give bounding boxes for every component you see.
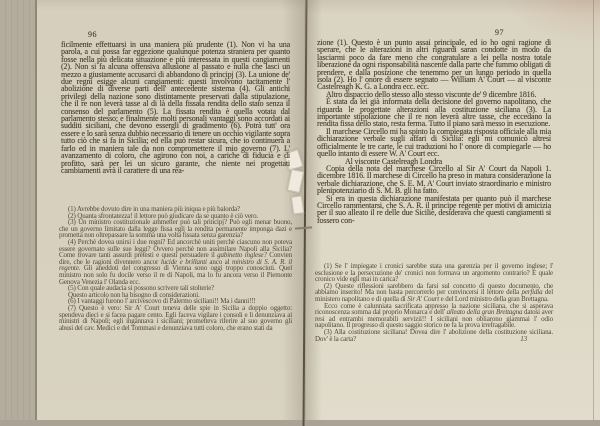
footnote: (4) Perchè dovea unirsi i due regni? Ed …: [59, 239, 292, 285]
page-number-left: 96: [88, 30, 97, 39]
paper-scrap: [291, 195, 304, 214]
left-page-footnotes: (1) Avrebbe dovuto dire in una maniera p…: [59, 206, 292, 331]
text-segment: . Gli aneddoti del congresso di Vienna s…: [59, 264, 292, 285]
page-number-right: 97: [495, 28, 504, 37]
letter-paragraph: zione (1). Questo è un punto assai princ…: [317, 39, 551, 91]
letter-paragraph: Si era in questa dichiarazione manifesta…: [317, 195, 551, 225]
letter-paragraph: Il marchese Circello mi ha spinto la com…: [317, 128, 551, 158]
letter-paragraph: È stata da lei già informata della decis…: [317, 98, 551, 128]
text-segment: (7) Questo è vero: Sir A' Court teneva d…: [59, 304, 292, 332]
footnote: (7) Questo è vero: Sir A' Court teneva d…: [59, 305, 292, 331]
footnote-continuation: Ecco come è calunniata sacrificata appre…: [315, 303, 553, 329]
letter-paragraph: Copia della nota del marchese Circello a…: [317, 165, 551, 195]
body-paragraph: ficilmente effettuarsi in una maniera pi…: [61, 41, 290, 174]
right-page-footnotes: (1) Se l' impiegate i cronici sarebbe st…: [315, 263, 553, 342]
page-edge-stack: [0, 0, 37, 420]
footnote: 13 (3) Alla costituzione siciliana! Dove…: [315, 329, 553, 342]
footnote: (2) Queste riflessioni sarebbero da fars…: [315, 283, 553, 303]
text-segment: (3) Un ministro costituzionale ammetter …: [59, 218, 292, 239]
text-segment: (1) Se l' impiegate i cronici sarebbe st…: [315, 262, 553, 283]
footnote: (1) Se l' impiegate i cronici sarebbe st…: [315, 263, 553, 283]
book-photo: 96 ficilmente effettuarsi in una maniera…: [0, 0, 600, 420]
left-page-body: ficilmente effettuarsi in una maniera pi…: [61, 41, 290, 174]
right-page-body: zione (1). Questo è un punto assai princ…: [317, 39, 551, 224]
footnote: (3) Un ministro costituzionale ammetter …: [59, 219, 292, 239]
signature-mark: 13: [511, 336, 527, 343]
